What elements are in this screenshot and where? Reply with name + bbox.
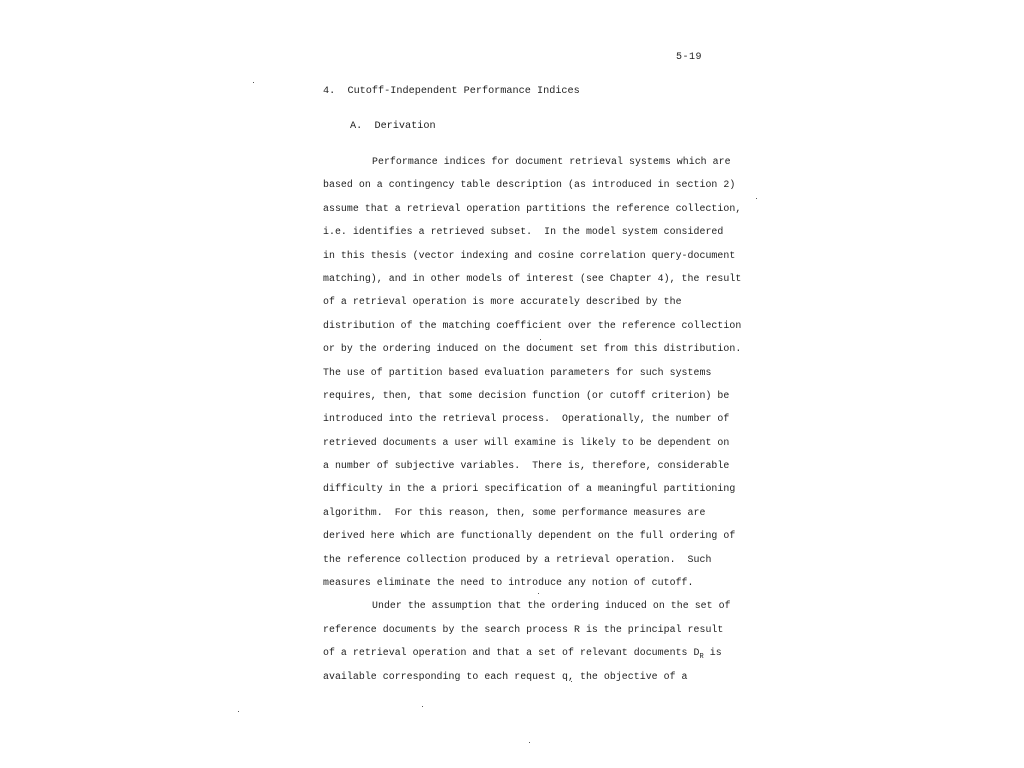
scan-speck bbox=[538, 593, 539, 594]
text-line: Performance indices for document retriev… bbox=[323, 155, 718, 178]
document-page: 5-19 4. Cutoff-Independent Performance I… bbox=[0, 0, 1024, 768]
text-line-main: of a retrieval operation and that a set … bbox=[323, 647, 700, 658]
text-line: of a retrieval operation is more accurat… bbox=[323, 295, 718, 318]
text-line: available corresponding to each request … bbox=[323, 670, 718, 693]
text-line-suffix: is bbox=[704, 647, 722, 658]
text-line: based on a contingency table description… bbox=[323, 178, 718, 201]
text-line: reference documents by the search proces… bbox=[323, 623, 718, 646]
text-line: introduced into the retrieval process. O… bbox=[323, 412, 718, 435]
text-line: derived here which are functionally depe… bbox=[323, 529, 718, 552]
text-line: assume that a retrieval operation partit… bbox=[323, 202, 718, 225]
scan-speck bbox=[238, 711, 239, 712]
text-line: measures eliminate the need to introduce… bbox=[323, 576, 718, 599]
subsection-heading: A. Derivation bbox=[350, 121, 436, 132]
scan-speck bbox=[756, 198, 757, 199]
text-line: matching), and in other models of intere… bbox=[323, 272, 718, 295]
text-line: in this thesis (vector indexing and cosi… bbox=[323, 249, 718, 272]
text-line: algorithm. For this reason, then, some p… bbox=[323, 506, 718, 529]
text-line: retrieved documents a user will examine … bbox=[323, 436, 718, 459]
text-line: i.e. identifies a retrieved subset. In t… bbox=[323, 225, 718, 248]
text-line: requires, then, that some decision funct… bbox=[323, 389, 718, 412]
text-line: Under the assumption that the ordering i… bbox=[323, 599, 718, 622]
text-line: distribution of the matching coefficient… bbox=[323, 319, 718, 342]
scan-speck bbox=[529, 742, 530, 743]
section-heading: 4. Cutoff-Independent Performance Indice… bbox=[323, 86, 580, 97]
scan-speck bbox=[540, 339, 541, 340]
scan-speck bbox=[422, 706, 423, 707]
text-line: a number of subjective variables. There … bbox=[323, 459, 718, 482]
page-number: 5-19 bbox=[676, 52, 702, 63]
text-line: The use of partition based evaluation pa… bbox=[323, 366, 718, 389]
scan-speck bbox=[571, 681, 572, 682]
text-line: the reference collection produced by a r… bbox=[323, 553, 718, 576]
scan-speck bbox=[253, 82, 254, 83]
body-text: Performance indices for document retriev… bbox=[323, 155, 718, 693]
text-line: or by the ordering induced on the docume… bbox=[323, 342, 718, 365]
text-line: difficulty in the a priori specification… bbox=[323, 482, 718, 505]
text-line-with-subscript: of a retrieval operation and that a set … bbox=[323, 646, 718, 669]
